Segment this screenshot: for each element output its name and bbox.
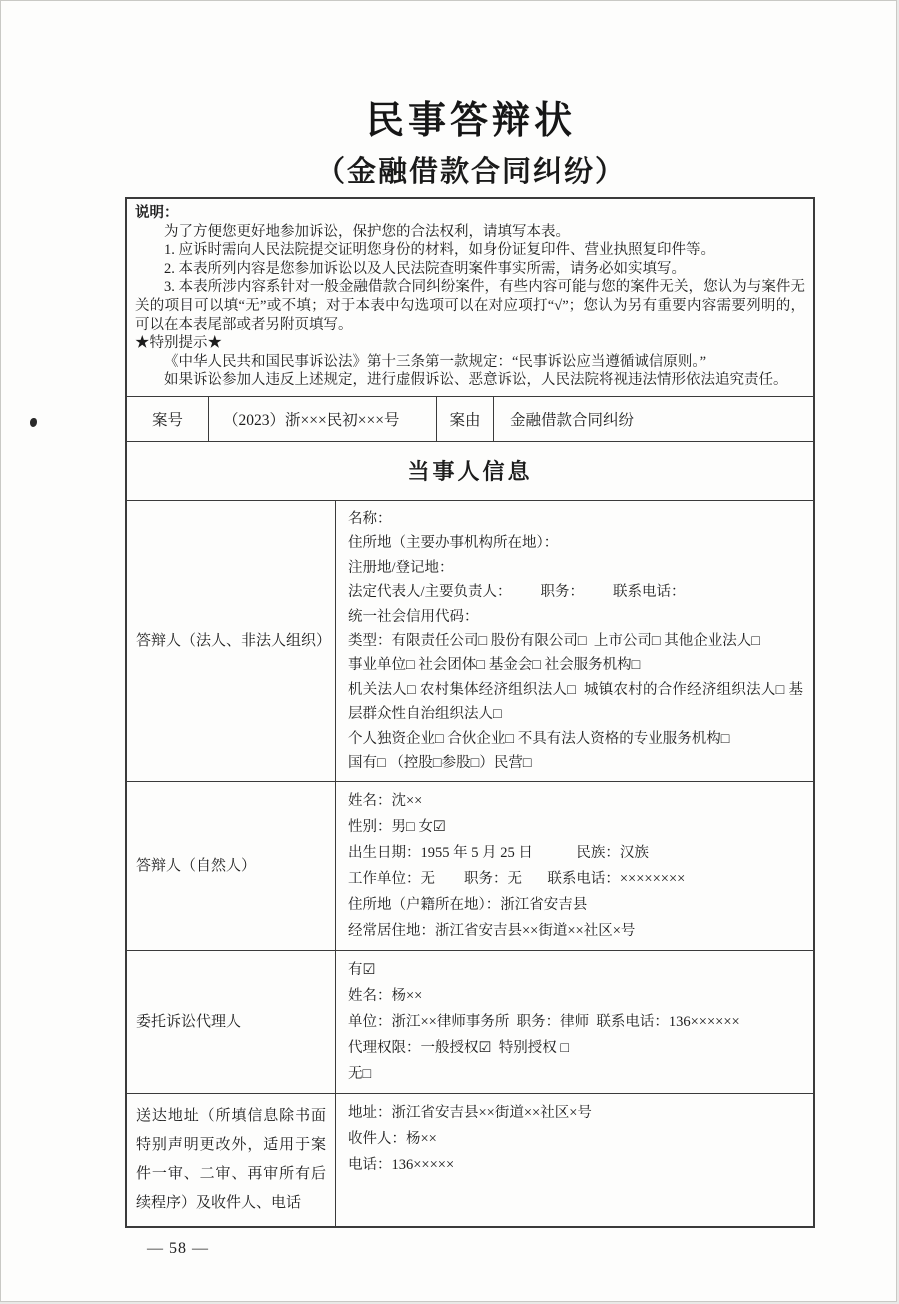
note-paragraph: ★特别提示★	[135, 334, 805, 353]
case-number-label: 案号	[127, 397, 209, 441]
notes-paragraph-list: 为了方便您更好地参加诉讼，保护您的合法权利，请填写本表。1. 应诉时需向人民法院…	[135, 223, 805, 390]
note-paragraph: 《中华人民共和国民事诉讼法》第十三条第一款规定：“民事诉讼应当遵循诚信原则。”	[135, 353, 805, 372]
note-paragraph: 为了方便您更好地参加诉讼，保护您的合法权利，请填写本表。	[135, 223, 805, 242]
scanned-document-page: { "title": "民事答辩状", "subtitle": "（金融借款合同…	[0, 0, 899, 1304]
field-line: 机关法人□ 农村集体经济组织法人□ 城镇农村的合作经济组织法人□ 基层群众性自治…	[348, 678, 803, 727]
field-line: 出生日期：1955 年 5 月 25 日 民族：汉族	[348, 840, 803, 866]
field-line: 名称：	[348, 507, 803, 531]
cause-value: 金融借款合同纠纷	[494, 397, 813, 441]
party-row-label: 委托诉讼代理人	[127, 951, 336, 1093]
party-row-label: 送达地址（所填信息除书面特别声明更改外，适用于案件一审、二审、再审所有后续程序）…	[127, 1094, 336, 1226]
field-line: 工作单位：无 职务：无 联系电话：××××××××	[348, 866, 803, 892]
cause-label: 案由	[437, 397, 494, 441]
note-paragraph: 2. 本表所列内容是您参加诉讼以及人民法院查明案件事实所需，请务必如实填写。	[135, 260, 805, 279]
field-line: 代理权限：一般授权☑ 特别授权 □	[348, 1035, 803, 1061]
ink-speck	[30, 418, 37, 427]
notes-section: 说明： 为了方便您更好地参加诉讼，保护您的合法权利，请填写本表。1. 应诉时需向…	[127, 199, 813, 397]
notes-heading: 说明：	[135, 205, 179, 221]
party-row: 委托诉讼代理人有☑姓名：杨××单位：浙江××律师事务所 职务：律师 联系电话：1…	[127, 951, 813, 1094]
field-line: 类型：有限责任公司□ 股份有限公司□ 上市公司□ 其他企业法人□	[348, 629, 803, 653]
note-paragraph: 3. 本表所涉内容系针对一般金融借款合同纠纷案件，有些内容可能与您的案件无关，您…	[135, 278, 805, 334]
party-row: 答辩人（法人、非法人组织）名称：住所地（主要办事机构所在地）：注册地/登记地：法…	[127, 501, 813, 782]
field-line: 法定代表人/主要负责人： 职务： 联系电话：	[348, 580, 803, 604]
party-row-content: 姓名：沈××性别：男□ 女☑出生日期：1955 年 5 月 25 日 民族：汉族…	[336, 782, 813, 950]
field-line: 事业单位□ 社会团体□ 基金会□ 社会服务机构□	[348, 653, 803, 677]
party-row-label: 答辩人（法人、非法人组织）	[127, 501, 336, 781]
document-title: 民事答辩状	[126, 89, 816, 144]
field-line: 收件人：杨××	[348, 1126, 803, 1152]
field-line: 电话：136×××××	[348, 1152, 803, 1178]
field-line: 注册地/登记地：	[348, 556, 803, 580]
case-row: 案号 （2023）浙×××民初×××号 案由 金融借款合同纠纷	[127, 397, 813, 442]
note-paragraph: 如果诉讼参加人违反上述规定，进行虚假诉讼、恶意诉讼，人民法院将视违法情形依法追究…	[135, 371, 805, 390]
note-paragraph: 1. 应诉时需向人民法院提交证明您身份的材料，如身份证复印件、营业执照复印件等。	[135, 241, 805, 260]
party-row: 答辩人（自然人）姓名：沈××性别：男□ 女☑出生日期：1955 年 5 月 25…	[127, 782, 813, 951]
defense-statement-form: 说明： 为了方便您更好地参加诉讼，保护您的合法权利，请填写本表。1. 应诉时需向…	[125, 197, 815, 1228]
field-line: 姓名：沈××	[348, 788, 803, 814]
field-line: 有☑	[348, 957, 803, 983]
field-line: 统一社会信用代码：	[348, 605, 803, 629]
field-line: 无□	[348, 1061, 803, 1087]
field-line: 地址：浙江省安吉县××街道××社区×号	[348, 1100, 803, 1126]
field-line: 经常居住地：浙江省安吉县××街道××社区×号	[348, 918, 803, 944]
document-subtitle: （金融借款合同纠纷）	[126, 149, 816, 190]
party-info-section-header: 当事人信息	[127, 442, 813, 501]
field-line: 国有□ （控股□参股□）民营□	[348, 751, 803, 775]
party-row-content: 名称：住所地（主要办事机构所在地）：注册地/登记地：法定代表人/主要负责人： 职…	[336, 501, 813, 781]
field-line: 住所地（主要办事机构所在地）：	[348, 531, 803, 555]
party-rows-container: 答辩人（法人、非法人组织）名称：住所地（主要办事机构所在地）：注册地/登记地：法…	[127, 501, 813, 1226]
case-number-value: （2023）浙×××民初×××号	[209, 397, 437, 441]
notes-content: 说明： 为了方便您更好地参加诉讼，保护您的合法权利，请填写本表。1. 应诉时需向…	[135, 204, 805, 390]
party-row: 送达地址（所填信息除书面特别声明更改外，适用于案件一审、二审、再审所有后续程序）…	[127, 1094, 813, 1226]
field-line: 性别：男□ 女☑	[348, 814, 803, 840]
scanned-page: 民事答辩状 （金融借款合同纠纷） 说明： 为了方便您更好地参加诉讼，保护您的合法…	[0, 0, 897, 1302]
party-row-content: 有☑姓名：杨××单位：浙江××律师事务所 职务：律师 联系电话：136×××××…	[336, 951, 813, 1093]
party-row-content: 地址：浙江省安吉县××街道××社区×号收件人：杨××电话：136×××××	[336, 1094, 813, 1226]
field-line: 单位：浙江××律师事务所 职务：律师 联系电话：136××××××	[348, 1009, 803, 1035]
field-line: 姓名：杨××	[348, 983, 803, 1009]
field-line: 住所地（户籍所在地）：浙江省安吉县	[348, 892, 803, 918]
field-line: 个人独资企业□ 合伙企业□ 不具有法人资格的专业服务机构□	[348, 727, 803, 751]
page-number: — 58 —	[147, 1240, 209, 1258]
party-row-label: 答辩人（自然人）	[127, 782, 336, 950]
